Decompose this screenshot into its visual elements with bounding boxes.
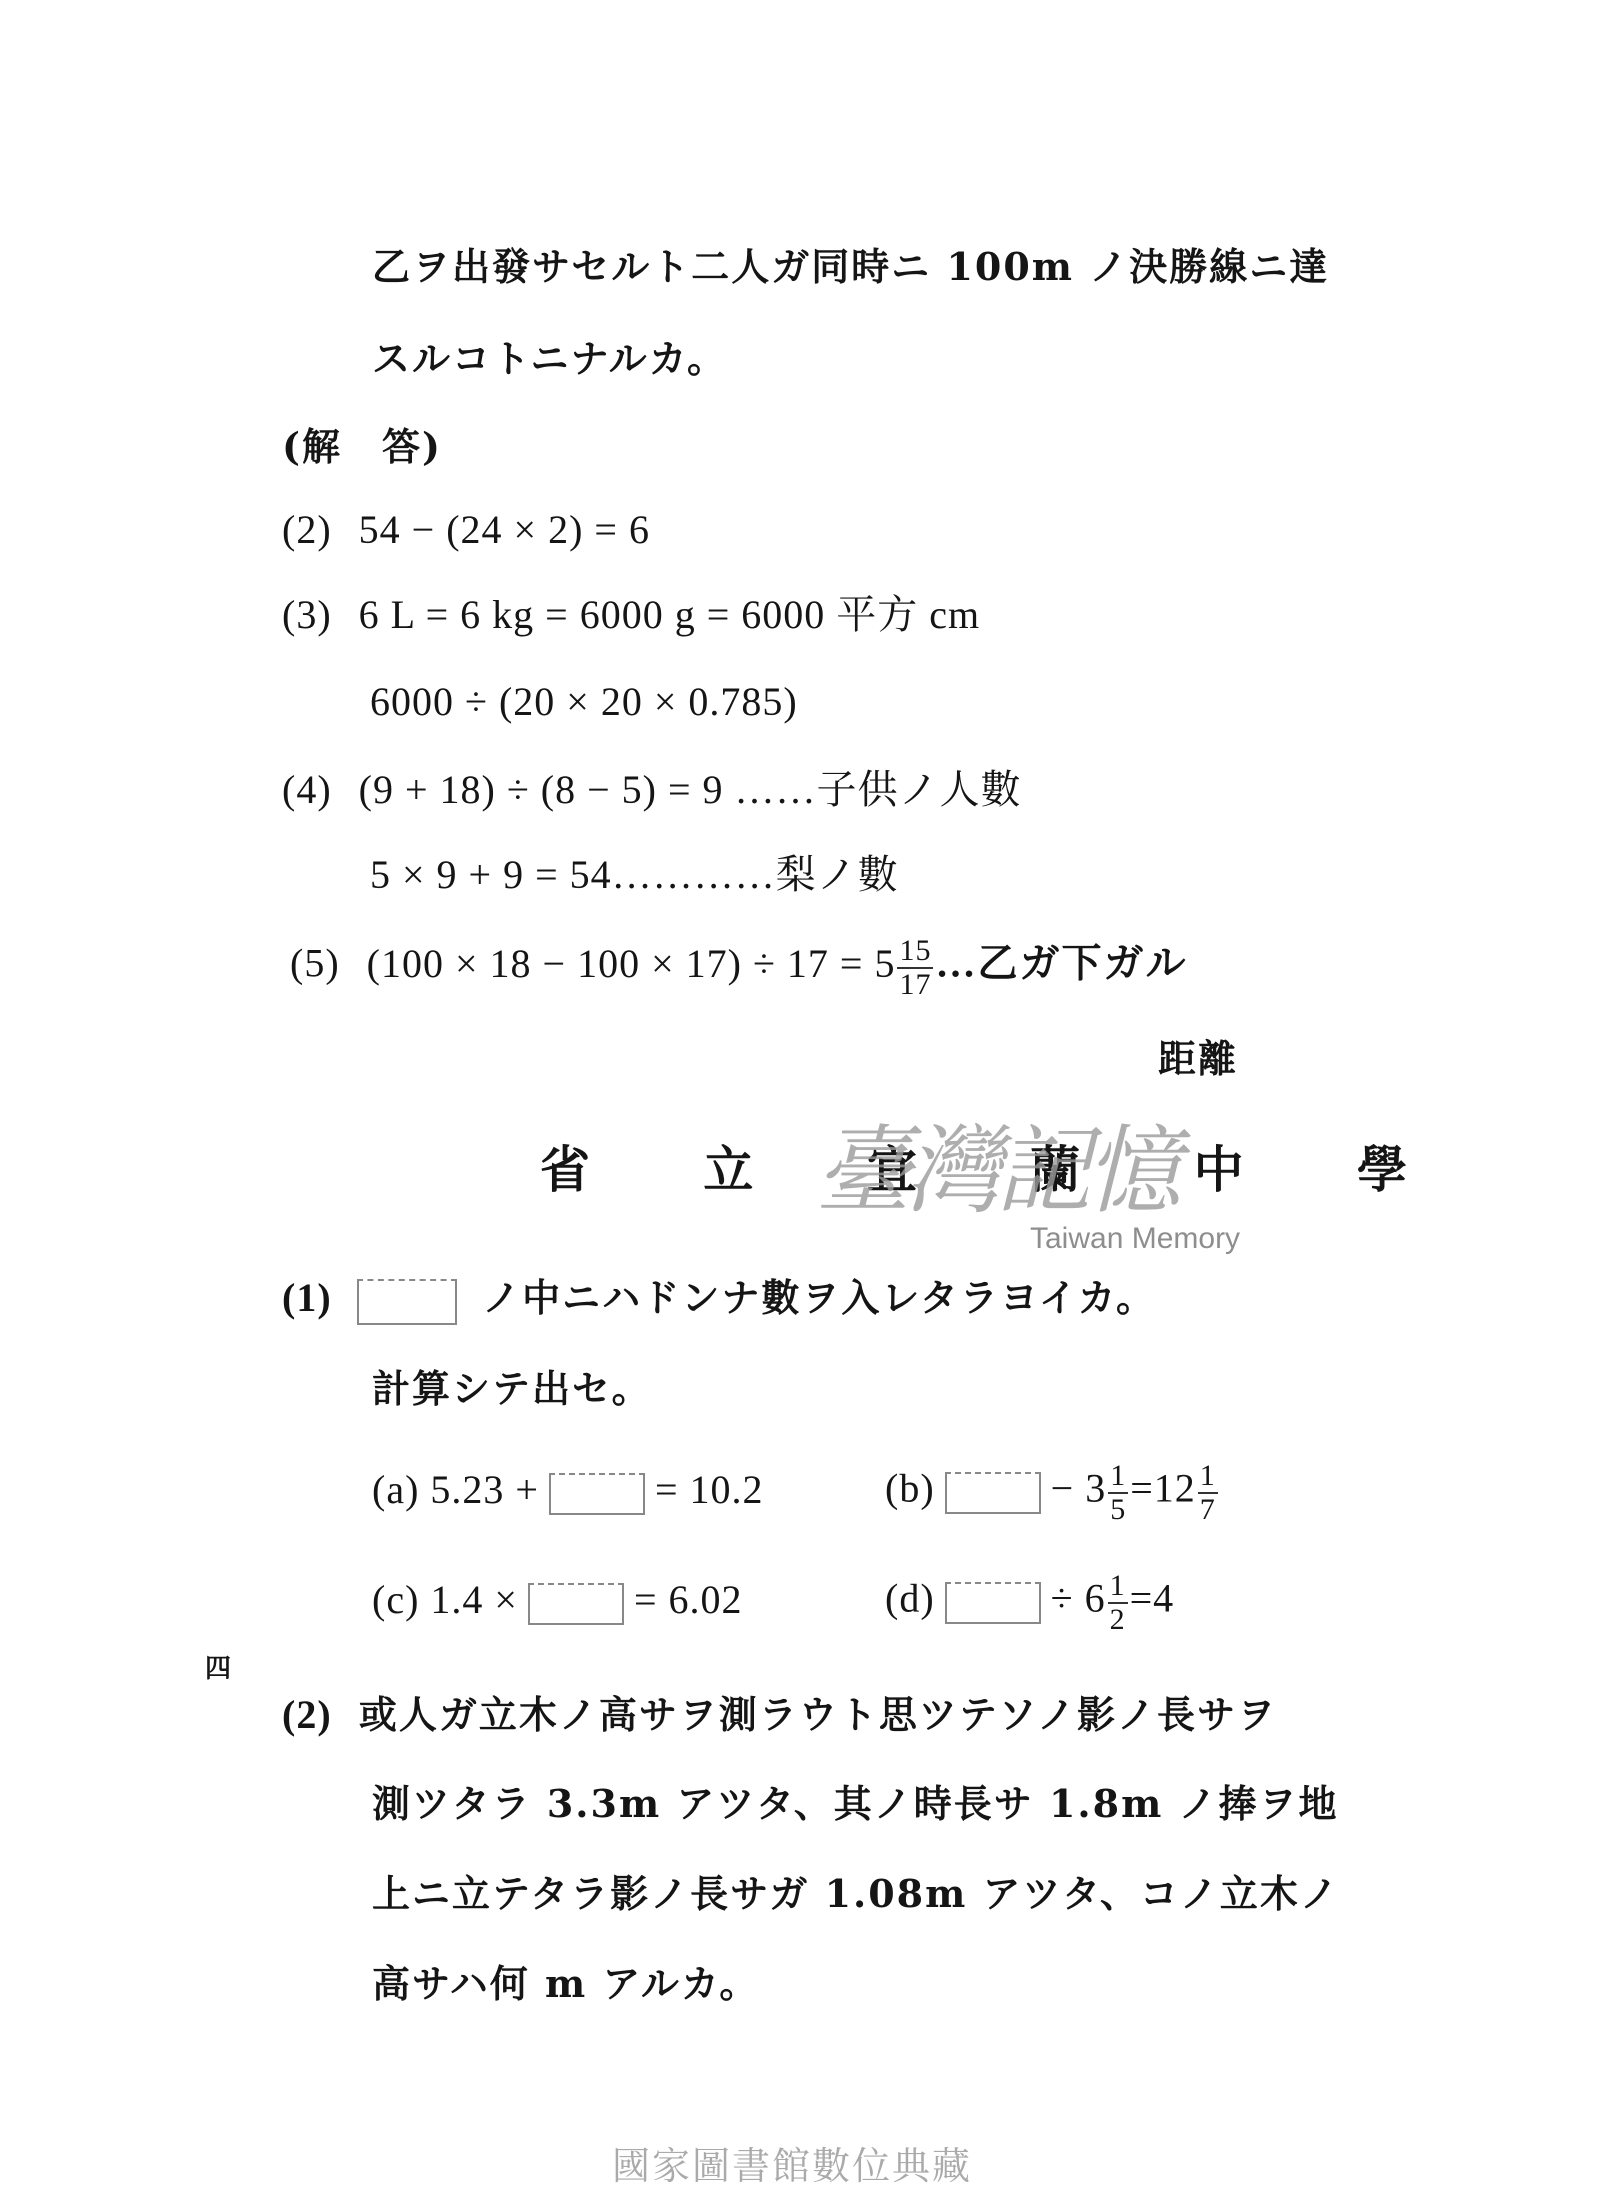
answer-5-continuation: 距離	[1158, 1040, 1238, 1078]
subitem-d: (d)÷ 612=4	[885, 1570, 1174, 1635]
blank-box	[945, 1472, 1041, 1514]
problem-1: (1) ノ中ニハドンナ數ヲ入レタラヨイカ。	[282, 1278, 1156, 1325]
problem-2-line-4: 高サハ何 m アルカ。	[372, 1965, 759, 2003]
watermark-logo: 臺灣記憶	[815, 1095, 1175, 1232]
blank-box	[549, 1473, 645, 1515]
problem-2-line-2: 測ツタラ 3.3m アツタ、其ノ時長サ 1.8m ノ捧ヲ地	[372, 1785, 1339, 1823]
problem-instruction: ノ中ニハドンナ數ヲ入レタラヨイカ。	[482, 1275, 1156, 1320]
answer-label: (4)	[282, 767, 332, 812]
prev-problem-line-1: 乙ヲ出發サセルト二人ガ同時ニ 100m ノ決勝線ニ達	[372, 248, 1329, 286]
subitem-a: (a) 5.23 += 10.2	[372, 1470, 764, 1515]
page-margin-mark: 四	[205, 1648, 231, 1685]
problem-2-line-3: 上ニ立テタラ影ノ長サガ 1.08m アツタ、コノ立木ノ	[372, 1875, 1340, 1913]
fraction: 15	[1108, 1460, 1128, 1525]
answer-label: (3)	[282, 592, 332, 637]
footer-collection-label: 國家圖書館數位典藏	[612, 2135, 972, 2190]
fraction: 12	[1108, 1570, 1128, 1635]
blank-box	[945, 1582, 1041, 1624]
answer-expr: (100 × 18 − 100 × 17) ÷ 17 = 5	[367, 941, 896, 986]
answer-label: (5)	[290, 941, 340, 986]
answer-4-line-2: 5 × 9 + 9 = 54…………梨ノ數	[370, 855, 899, 895]
problem-label: (2)	[282, 1692, 332, 1737]
answer-4: (4) (9 + 18) ÷ (8 − 5) = 9 ……子供ノ人數	[282, 770, 1022, 810]
answer-label: (2)	[282, 507, 332, 552]
blank-box	[528, 1583, 624, 1625]
problem-label: (1)	[282, 1275, 332, 1320]
prev-problem-line-2: スルコトニナルカ。	[372, 340, 727, 378]
answer-2: (2) 54 − (24 × 2) = 6	[282, 510, 650, 550]
answer-3-line-2: 6000 ÷ (20 × 20 × 0.785)	[370, 682, 798, 722]
answer-suffix: …乙ガ下ガル	[935, 941, 1187, 986]
answer-expr: 6 L = 6 kg = 6000 g = 6000 平方 cm	[359, 592, 981, 637]
fraction: 17	[1198, 1460, 1218, 1525]
problem-2: (2) 或人ガ立木ノ高サヲ測ラウト思ツテソノ影ノ長サヲ	[282, 1695, 1277, 1735]
fraction: 1517	[897, 935, 933, 1000]
watermark-text: Taiwan Memory	[1030, 1222, 1240, 1256]
answer-5: (5) (100 × 18 − 100 × 17) ÷ 17 = 51517…乙…	[290, 935, 1187, 1000]
answer-expr: (9 + 18) ÷ (8 − 5) = 9 ……子供ノ人數	[359, 767, 1022, 812]
blank-box	[357, 1279, 457, 1325]
subitem-c: (c) 1.4 ×= 6.02	[372, 1580, 743, 1625]
answers-title: (解 答)	[282, 428, 442, 466]
answer-expr: 54 − (24 × 2) = 6	[359, 507, 650, 552]
subitem-b: (b)− 315=1217	[885, 1460, 1220, 1525]
answer-3: (3) 6 L = 6 kg = 6000 g = 6000 平方 cm	[282, 595, 980, 635]
problem-1-instruction-2: 計算シテ出セ。	[372, 1370, 652, 1408]
